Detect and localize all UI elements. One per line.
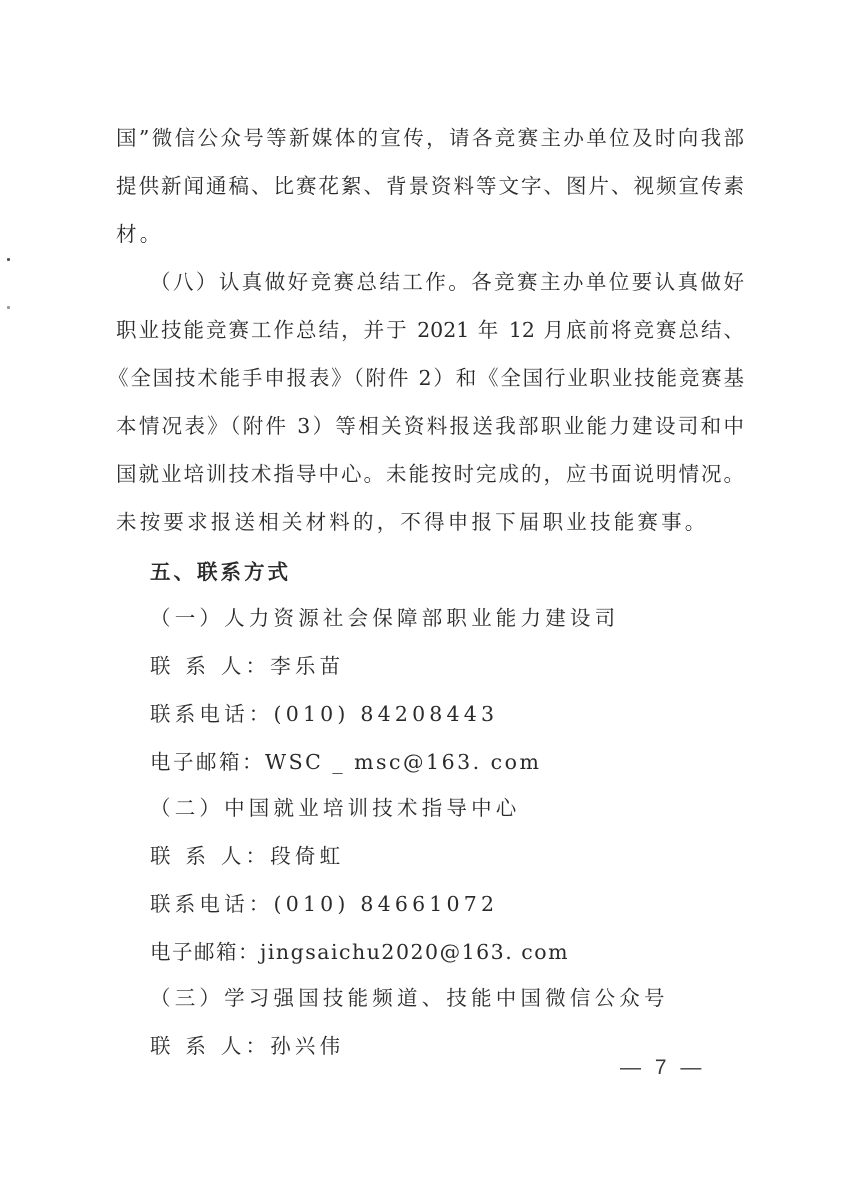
page-number: — 7 — <box>620 1056 705 1080</box>
scan-artifact-dot <box>7 258 10 261</box>
contact-org-3: （三）学习强国技能频道、技能中国微信公众号 <box>150 986 669 1010</box>
paragraph-line: 国”微信公众号等新媒体的宣传，请各竞赛主办单位及时向我部 <box>116 126 744 150</box>
section-5-heading: 五、联系方式 <box>150 560 291 584</box>
paragraph-line: 材。 <box>116 222 163 246</box>
paragraph-line: 职业技能竞赛工作总结，并于 2021 年 12 月底前将竞赛总结、 <box>116 318 744 342</box>
contact-email-1: 电子邮箱：WSC _ msc@163. com <box>150 750 541 774</box>
paragraph-line: 提供新闻通稿、比赛花絮、背景资料等文字、图片、视频宣传素 <box>116 174 744 198</box>
contact-phone-2: 联系电话：(010) 84661072 <box>150 892 498 916</box>
paragraph-line: 国就业培训技术指导中心。未能按时完成的，应书面说明情况。 <box>116 462 744 486</box>
paragraph-line: 本情况表》（附件 3）等相关资料报送我部职业能力建设司和中 <box>116 414 744 438</box>
contact-phone-1: 联系电话：(010) 84208443 <box>150 702 498 726</box>
contact-org-1: （一）人力资源社会保障部职业能力建设司 <box>150 606 619 630</box>
scan-artifact-dot <box>7 306 10 309</box>
section-8-lead-line: （八）认真做好竞赛总结工作。各竞赛主办单位要认真做好 <box>150 270 744 294</box>
contact-email-2: 电子邮箱：jingsaichu2020@163. com <box>150 940 569 964</box>
contact-person-3: 联 系 人：孙兴伟 <box>150 1034 344 1058</box>
document-page: 国”微信公众号等新媒体的宣传，请各竞赛主办单位及时向我部 提供新闻通稿、比赛花絮… <box>0 0 848 1200</box>
contact-person-2: 联 系 人：段倚虹 <box>150 844 344 868</box>
contact-person-1: 联 系 人：李乐苗 <box>150 654 344 678</box>
paragraph-line: 未按要求报送相关材料的，不得申报下届职业技能赛事。 <box>116 510 709 534</box>
contact-org-2: （二）中国就业培训技术指导中心 <box>150 796 521 820</box>
paragraph-line: 《全国技术能手申报表》（附件 2）和《全国行业职业技能竞赛基 <box>108 366 744 390</box>
